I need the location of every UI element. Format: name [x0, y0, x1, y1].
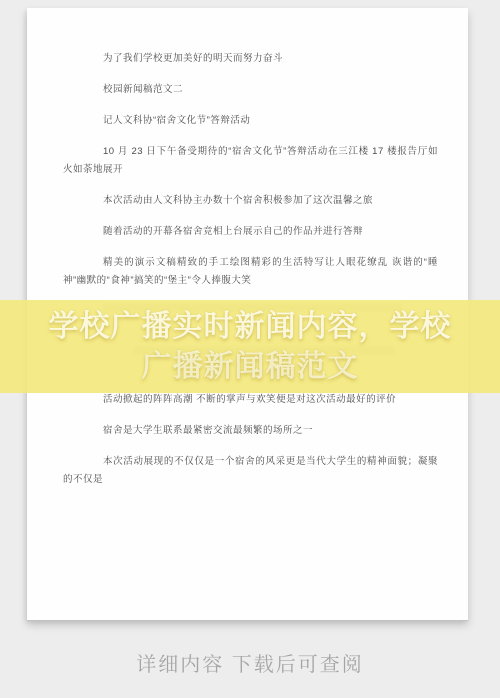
doc-paragraph: 10 月 23 日下午备受期待的“宿舍文化节”答辩活动在三江楼 17 楼报告厅如…: [63, 143, 438, 179]
doc-paragraph: 活动掀起的阵阵高潮 不断的掌声与欢笑便是对这次活动最好的评价: [63, 391, 438, 409]
doc-paragraph: 随着活动的开幕各宿舍竞相上台展示自己的作品并进行答辩: [63, 223, 438, 241]
doc-paragraph: 校园新闻稿范文二: [63, 81, 438, 99]
doc-paragraph: 本次活动展现的不仅仅是一个宿舍的风采更是当代大学生的精神面貌；凝聚的不仅是: [63, 453, 438, 489]
doc-paragraph: 本次活动由人文科协主办数十个宿舍积极参加了这次温馨之旅: [63, 192, 438, 210]
download-hint-text: 详细内容 下载后可查阅: [0, 650, 500, 680]
doc-paragraph: 记人文科协“宿舍文化节”答辩活动: [63, 112, 438, 130]
banner-title-line2: 广播新闻稿范文: [142, 347, 359, 387]
doc-paragraph: 为了我们学校更加美好的明天而努力奋斗: [63, 50, 438, 68]
document-body: 为了我们学校更加美好的明天而努力奋斗 校园新闻稿范文二 记人文科协“宿舍文化节”…: [27, 8, 468, 502]
doc-paragraph: 精美的演示文稿精致的手工绘图精彩的生活特写让人眼花缭乱 诙谐的“睡神”幽默的“食…: [63, 254, 438, 290]
doc-paragraph: 宿舍是大学生联系最紧密交流最频繁的场所之一: [63, 422, 438, 440]
title-banner: 学校广播实时新闻内容，学校 广播新闻稿范文: [0, 300, 500, 393]
preview-canvas: 为了我们学校更加美好的明天而努力奋斗 校园新闻稿范文二 记人文科协“宿舍文化节”…: [0, 0, 500, 698]
banner-title-line1: 学校广播实时新闻内容，学校: [49, 307, 452, 347]
